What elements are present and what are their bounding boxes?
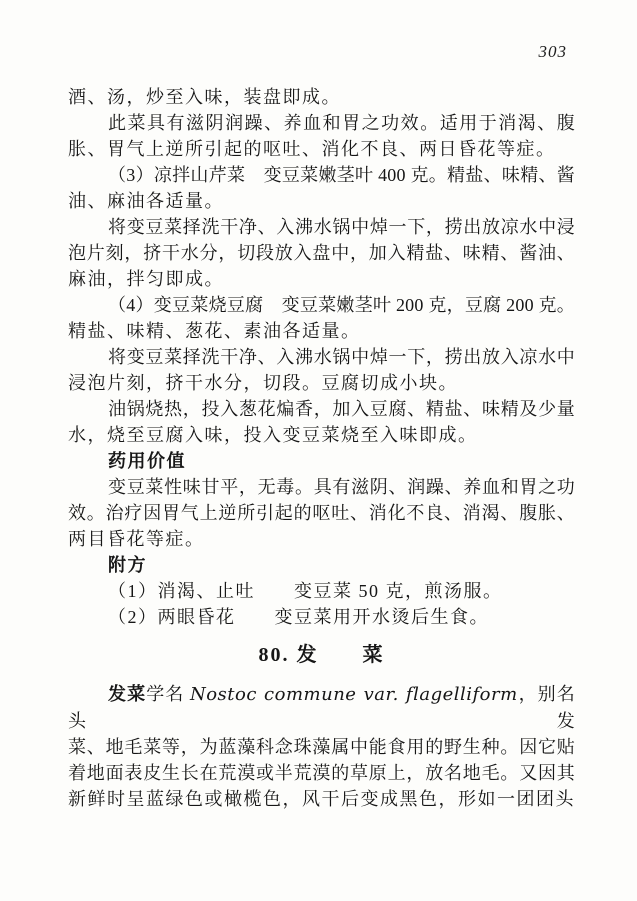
text-line: （2）两眼昏花 变豆菜用开水烫后生食。 (68, 604, 575, 630)
text-line: 着地面表皮生长在荒漠或半荒漠的草原上，放名地毛。又因其 (68, 760, 575, 786)
text-line: 药用价值 (68, 448, 575, 474)
text-line: 效。治疗因胃气上逆所引起的呕吐、消化不良、消渴、腹胀、 (68, 500, 575, 526)
text-line: 泡片刻，挤干水分，切段放入盘中，加入精盐、味精、酱油、 (68, 240, 575, 266)
text-line: （1）消渴、止吐 变豆菜 50 克，煎汤服。 (68, 578, 575, 604)
text-line: 变豆菜性味甘平，无毒。具有滋阴、润躁、养血和胃之功 (68, 474, 575, 500)
text-line: 胀、胃气上逆所引起的呕吐、消化不良、两日昏花等症。 (68, 136, 575, 162)
latin-species-name: Nostoc commune var. flagelliform (190, 684, 518, 705)
text-line: 油、麻油各适量。 (68, 188, 575, 214)
text-segment: 学名 (146, 684, 190, 704)
text-line: 新鲜时呈蓝绿色或橄榄色，风干后变成黑色，形如一团团头 (68, 786, 575, 812)
text-body: 酒、汤，炒至入味，装盘即成。此菜具有滋阴润躁、养血和胃之功效。适用于消渴、腹胀、… (68, 84, 575, 812)
text-line: 此菜具有滋阴润躁、养血和胃之功效。适用于消渴、腹 (68, 110, 575, 136)
text-line: 附方 (68, 552, 575, 578)
text-line: 两目昏花等症。 (68, 526, 575, 552)
text-line: 麻油，拌匀即成。 (68, 266, 575, 292)
text-line: 精盐、味精、葱花、素油各适量。 (68, 318, 575, 344)
section-heading: 80. 发 菜 (68, 640, 575, 670)
text-line: 将变豆菜择洗干净、入沸水锅中焯一下，捞出放入凉水中 (68, 344, 575, 370)
text-line: （4）变豆菜烧豆腐 变豆菜嫩茎叶 200 克，豆腐 200 克。 (68, 292, 575, 318)
text-line: （3）凉拌山芹菜 变豆菜嫩茎叶 400 克。精盐、味精、酱 (68, 162, 575, 188)
book-page: 303 酒、汤，炒至入味，装盘即成。此菜具有滋阴润躁、养血和胃之功效。适用于消渴… (0, 0, 637, 901)
text-line: 油锅烧热，投入葱花煸香，加入豆腐、精盐、味精及少量 (68, 396, 575, 422)
text-line: 将变豆菜择洗干净、入沸水锅中焯一下，捞出放凉水中浸 (68, 214, 575, 240)
text-line: 发菜学名 Nostoc commune var. flagelliform，别名… (68, 681, 575, 734)
text-line: 水，烧至豆腐入味，投入变豆菜烧至入味即成。 (68, 422, 575, 448)
text-line: 酒、汤，炒至入味，装盘即成。 (68, 84, 575, 110)
text-line: 菜、地毛菜等，为蓝藻科念珠藻属中能食用的野生种。因它贴 (68, 734, 575, 760)
text-segment: 发菜 (108, 684, 146, 704)
page-number: 303 (539, 42, 568, 62)
text-line: 浸泡片刻，挤干水分，切段。豆腐切成小块。 (68, 370, 575, 396)
